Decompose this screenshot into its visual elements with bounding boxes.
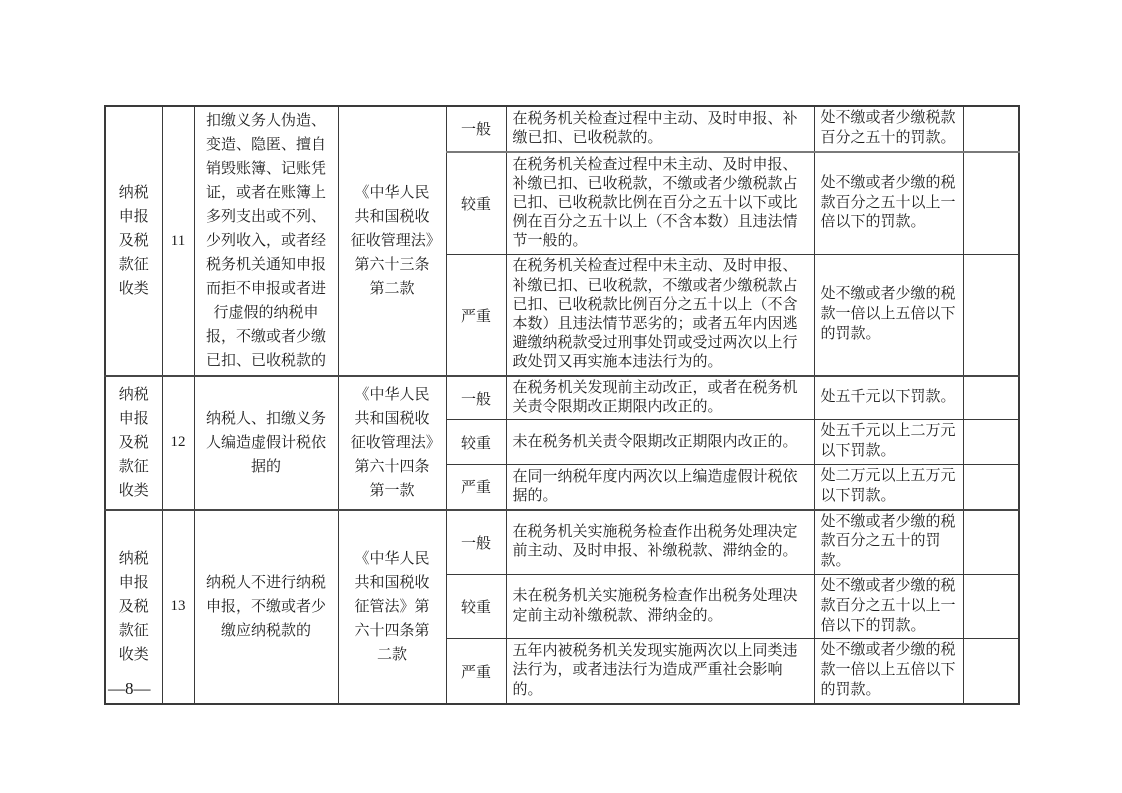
circumstance-cell: 在税务机关检查过程中主动、及时申报、补缴已扣、已收税款的。 xyxy=(506,106,814,152)
item-number-cell: 13 xyxy=(162,510,194,704)
remark-cell xyxy=(963,152,1019,255)
penalty-cell: 处五千元以下罚款。 xyxy=(814,376,963,420)
circumstance-cell: 未在税务机关责令限期改正期限内改正的。 xyxy=(506,420,814,465)
remark-cell xyxy=(963,106,1019,152)
category-cell: 纳税申报及税款征收类 xyxy=(105,510,162,704)
penalty-cell: 处二万元以上五万元以下罚款。 xyxy=(814,464,963,509)
table-row: 纳税申报及税款征收类 11 扣缴义务人伪造、变造、隐匿、擅自销毁账簿、记账凭证，… xyxy=(105,106,1019,152)
item-number-cell: 11 xyxy=(162,106,194,376)
remark-cell xyxy=(963,376,1019,420)
circumstance-cell: 在税务机关检查过程中未主动、及时申报、补缴已扣、已收税款，不缴或者少缴税款占已扣… xyxy=(506,152,814,255)
severity-cell: 严重 xyxy=(446,464,506,509)
violation-cell: 纳税人、扣缴义务人编造虚假计税依据的 xyxy=(194,376,338,510)
page-number: —8— xyxy=(108,679,151,699)
remark-cell xyxy=(963,510,1019,575)
legal-basis-cell: 《中华人民共和国税收征收管理法》第六十三条第二款 xyxy=(338,106,446,376)
circumstance-cell: 在税务机关检查过程中未主动、及时申报、补缴已扣、已收税款，不缴或者少缴税款占已扣… xyxy=(506,255,814,376)
penalty-cell: 处五千元以上二万元以下罚款。 xyxy=(814,420,963,465)
category-text: 纳税申报及税款征收类 xyxy=(119,383,149,503)
severity-cell: 较重 xyxy=(446,574,506,638)
legal-basis-cell: 《中华人民共和国税收征管法》第六十四条第二款 xyxy=(338,510,446,704)
circumstance-cell: 五年内被税务机关发现实施两次以上同类违法行为，或者违法行为造成严重社会影响的。 xyxy=(506,639,814,704)
severity-cell: 严重 xyxy=(446,639,506,704)
table-row: 纳税申报及税款征收类 13 纳税人不进行纳税申报，不缴或者少缴应纳税款的 《中华… xyxy=(105,510,1019,575)
legal-basis-text: 《中华人民共和国税收征收管理法》第六十四条第一款 xyxy=(350,383,434,503)
violation-cell: 纳税人不进行纳税申报，不缴或者少缴应纳税款的 xyxy=(194,510,338,704)
penalty-cell: 处不缴或者少缴的税款一倍以上五倍以下的罚款。 xyxy=(814,639,963,704)
remark-cell xyxy=(963,420,1019,465)
legal-basis-text: 《中华人民共和国税收征管法》第六十四条第二款 xyxy=(350,547,434,667)
violation-cell: 扣缴义务人伪造、变造、隐匿、擅自销毁账簿、记账凭证，或者在账簿上多列支出或不列、… xyxy=(194,106,338,376)
circumstance-cell: 在税务机关实施税务检查作出税务处理决定前主动、及时申报、补缴税款、滞纳金的。 xyxy=(506,510,814,575)
item-number-cell: 12 xyxy=(162,376,194,510)
remark-cell xyxy=(963,639,1019,704)
remark-cell xyxy=(963,464,1019,509)
table-row: 纳税申报及税款征收类 12 纳税人、扣缴义务人编造虚假计税依据的 《中华人民共和… xyxy=(105,376,1019,420)
remark-cell xyxy=(963,255,1019,376)
severity-cell: 严重 xyxy=(446,255,506,376)
category-text: 纳税申报及税款征收类 xyxy=(119,181,149,301)
penalty-cell: 处不缴或者少缴的税款百分之五十以上一倍以下的罚款。 xyxy=(814,152,963,255)
category-cell: 纳税申报及税款征收类 xyxy=(105,106,162,376)
penalty-cell: 处不缴或者少缴的税款百分之五十以上一倍以下的罚款。 xyxy=(814,574,963,638)
circumstance-cell: 未在税务机关实施税务检查作出税务处理决定前主动补缴税款、滞纳金的。 xyxy=(506,574,814,638)
document-page: { "footer": { "page_number": "—8—" }, "t… xyxy=(0,0,1122,793)
tax-penalty-discretion-table: 纳税申报及税款征收类 11 扣缴义务人伪造、变造、隐匿、擅自销毁账簿、记账凭证，… xyxy=(104,105,1020,705)
penalty-cell: 处不缴或者少缴的税款百分之五十的罚款。 xyxy=(814,510,963,575)
circumstance-cell: 在同一纳税年度内两次以上编造虚假计税依据的。 xyxy=(506,464,814,509)
remark-cell xyxy=(963,574,1019,638)
severity-cell: 较重 xyxy=(446,152,506,255)
severity-cell: 一般 xyxy=(446,106,506,152)
legal-basis-cell: 《中华人民共和国税收征收管理法》第六十四条第一款 xyxy=(338,376,446,510)
category-text: 纳税申报及税款征收类 xyxy=(119,547,149,667)
severity-cell: 一般 xyxy=(446,376,506,420)
circumstance-cell: 在税务机关发现前主动改正，或者在税务机关责令限期改正期限内改正的。 xyxy=(506,376,814,420)
legal-basis-text: 《中华人民共和国税收征收管理法》第六十三条第二款 xyxy=(350,181,434,301)
penalty-cell: 处不缴或者少缴的税款一倍以上五倍以下的罚款。 xyxy=(814,255,963,376)
severity-cell: 一般 xyxy=(446,510,506,575)
penalty-cell: 处不缴或者少缴税款百分之五十的罚款。 xyxy=(814,106,963,152)
severity-cell: 较重 xyxy=(446,420,506,465)
category-cell: 纳税申报及税款征收类 xyxy=(105,376,162,510)
